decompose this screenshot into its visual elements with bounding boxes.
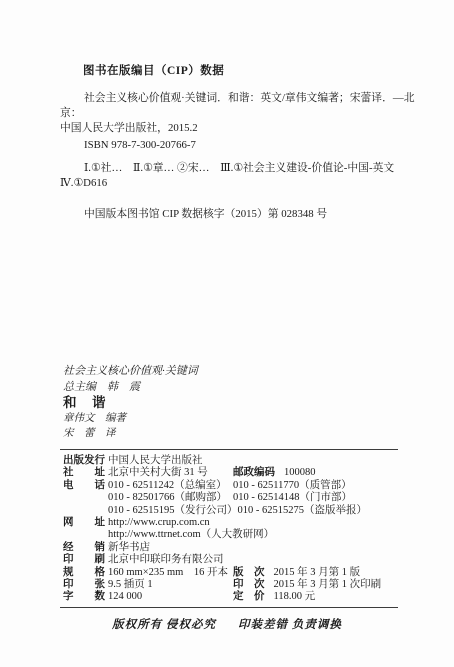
copyright-notice-right: 印装差错 负责调换 xyxy=(238,616,342,632)
chief-editor: 总主编 韩 震 xyxy=(63,380,454,396)
colophon-value: 160 mm×235 mm 16 开本 xyxy=(108,567,233,579)
cip-record-number: 中国版本图书馆 CIP 数据核字（2015）第 028348 号 xyxy=(60,207,418,222)
colophon-label: 规 格 xyxy=(63,567,108,579)
colophon-value-2: 010 - 62514148（门市部） xyxy=(233,492,352,504)
colophon-label: 字 数 xyxy=(63,591,108,603)
cip-entry-line1: 社会主义核心价值观·关键词．和谐：英文/章伟文编著；宋蕾译．—北京： xyxy=(60,91,418,121)
isbn: ISBN 978-7-300-20766-7 xyxy=(60,138,418,153)
publisher-url: http://www.crup.com.cn xyxy=(108,517,233,529)
copyright-notice-left: 版权所有 侵权必究 xyxy=(112,616,216,632)
cip-classification: Ⅰ.①社… Ⅱ.①章… ②宋… Ⅲ.①社会主义建设-价值论-中国-英文 Ⅳ.①D… xyxy=(60,161,418,191)
colophon-row-sheets: 印 张 9.5 插页 1 印 次 2015 年 3 月第 1 次印刷 xyxy=(63,579,454,591)
colophon-row-publisher: 出版发行 中国人民大学出版社 xyxy=(63,455,454,467)
cip-class-line2: Ⅳ.①D616 xyxy=(60,176,418,191)
cip-entry-line2: 中国人民大学出版社，2015.2 xyxy=(60,121,418,136)
network-url: http://www.ttrnet.com（人大教研网） xyxy=(108,529,274,541)
cip-class-line1: Ⅰ.①社… Ⅱ.①章… ②宋… Ⅲ.①社会主义建设-价值论-中国-英文 xyxy=(60,161,418,176)
colophon-value: 北京中印联印务有限公司 xyxy=(108,554,233,566)
colophon-value-2: 010 - 62511770（质管部） xyxy=(233,480,352,492)
colophon-row-printer: 印 刷 北京中印联印务有限公司 xyxy=(63,554,454,566)
colophon-label xyxy=(63,492,108,504)
book-title: 和 谐 xyxy=(63,395,454,411)
title-block: 社会主义核心价值观·关键词 总主编 韩 震 和 谐 章伟文 编著 宋 蕾 译 xyxy=(0,364,454,441)
colophon-label: 出版发行 xyxy=(63,455,108,467)
colophon-label xyxy=(63,505,108,517)
colophon-value: 中国人民大学出版社 xyxy=(108,455,233,467)
colophon-row-format: 规 格 160 mm×235 mm 16 开本 版 次 2015 年 3 月第 … xyxy=(63,567,454,579)
series-title: 社会主义核心价值观·关键词 xyxy=(63,364,454,380)
colophon-value: 124 000 xyxy=(108,591,233,603)
colophon: 出版发行 中国人民大学出版社 社 址 北京中关村大街 31 号 邮政编码 100… xyxy=(0,455,454,604)
colophon-row-wordcount: 字 数 124 000 定 价 118.00 元 xyxy=(63,591,454,603)
colophon-value: 新华书店 xyxy=(108,542,233,554)
colophon-row-website-2: http://www.ttrnet.com（人大教研网） xyxy=(63,529,454,541)
colophon-label: 社 址 xyxy=(63,467,108,479)
copyright-page: 图书在版编目（CIP）数据 社会主义核心价值观·关键词．和谐：英文/章伟文编著；… xyxy=(0,0,454,667)
copyright-notice: 版权所有 侵权必究 印装差错 负责调换 xyxy=(0,616,454,632)
colophon-row-website-1: 网 址 http://www.crup.com.cn xyxy=(63,517,454,529)
colophon-label-2: 邮政编码 xyxy=(233,467,275,479)
colophon-value: 010 - 62515195（发行公司） xyxy=(108,505,238,517)
colophon-value: 010 - 62511242（总编室） xyxy=(108,480,233,492)
colophon-label: 印 张 xyxy=(63,579,108,591)
colophon-label xyxy=(63,529,108,541)
colophon-row-phone-1: 电 话 010 - 62511242（总编室） 010 - 62511770（质… xyxy=(63,480,454,492)
colophon-label: 印 刷 xyxy=(63,554,108,566)
colophon-row-phone-3: 010 - 62515195（发行公司） 010 - 62515275（盗版举报… xyxy=(63,505,454,517)
colophon-label: 电 话 xyxy=(63,480,108,492)
colophon-row-distributor: 经 销 新华书店 xyxy=(63,542,454,554)
cip-heading: 图书在版编目（CIP）数据 xyxy=(60,62,418,78)
colophon-label-2: 版 次 xyxy=(233,567,265,579)
divider-top xyxy=(60,449,398,450)
colophon-label-2: 印 次 xyxy=(233,579,265,591)
colophon-row-address: 社 址 北京中关村大街 31 号 邮政编码 100080 xyxy=(63,467,454,479)
colophon-value-2: 118.00 元 xyxy=(274,591,316,603)
colophon-value-2: 100080 xyxy=(284,467,316,479)
colophon-value-2: 2015 年 3 月第 1 版 xyxy=(274,567,361,579)
colophon-row-phone-2: 010 - 82501766（邮购部） 010 - 62514148（门市部） xyxy=(63,492,454,504)
colophon-value: 010 - 82501766（邮购部） xyxy=(108,492,233,504)
cip-section: 图书在版编目（CIP）数据 社会主义核心价值观·关键词．和谐：英文/章伟文编著；… xyxy=(0,0,454,222)
colophon-label-2: 定 价 xyxy=(233,591,265,603)
colophon-value: 9.5 插页 1 xyxy=(108,579,233,591)
colophon-value-2: 010 - 62515275（盗版举报） xyxy=(238,505,368,517)
colophon-value-2: 2015 年 3 月第 1 次印刷 xyxy=(274,579,382,591)
colophon-value: 北京中关村大街 31 号 xyxy=(108,467,233,479)
translator: 宋 蕾 译 xyxy=(63,426,454,441)
colophon-label: 网 址 xyxy=(63,517,108,529)
colophon-label: 经 销 xyxy=(63,542,108,554)
author: 章伟文 编著 xyxy=(63,411,454,426)
divider-bottom xyxy=(60,607,398,608)
cip-entry: 社会主义核心价值观·关键词．和谐：英文/章伟文编著；宋蕾译．—北京： 中国人民大… xyxy=(60,91,418,136)
